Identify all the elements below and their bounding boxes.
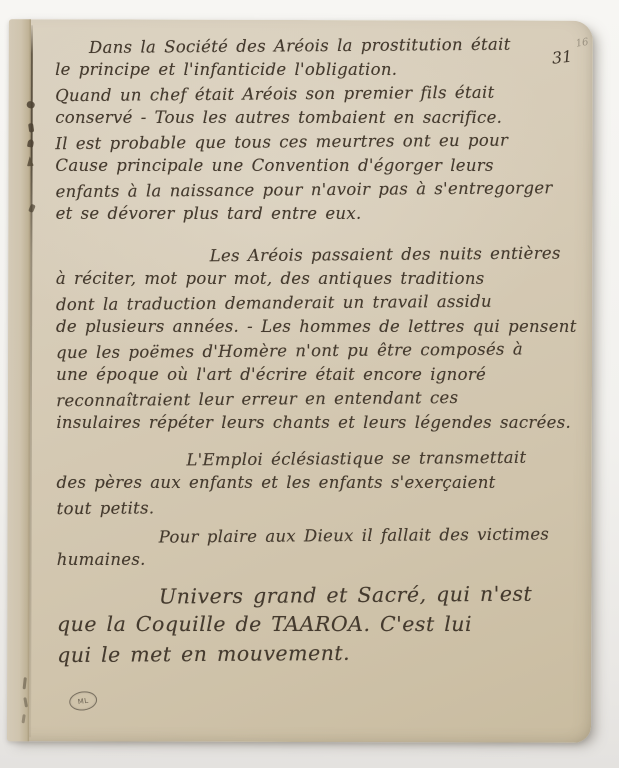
manuscript-line: Univers grand et Sacré, qui n'est	[159, 579, 587, 611]
manuscript-line: une époque où l'art d'écrire était encor…	[56, 363, 586, 387]
manuscript-line: enfants à la naissance pour n'avoir pas …	[55, 176, 585, 204]
stitch-mark	[28, 204, 36, 213]
manuscript-line: conservé - Tous les autres tombaient en …	[55, 106, 585, 130]
manuscript-paragraph: L'Emploi éclésiastique se transmettaitde…	[56, 446, 586, 520]
manuscript-line: reconnaîtraient leur erreur en entendant…	[56, 385, 586, 413]
photo-background: 16 31 Dans la Société des Aréois la pros…	[0, 0, 619, 768]
binding-gutter	[7, 19, 31, 741]
manuscript-line: Pour plaire aux Dieux il fallait des vic…	[159, 522, 587, 549]
manuscript-line: Les Aréois passaient des nuits entières	[210, 241, 586, 268]
manuscript-line: à réciter, mot pour mot, des antiques tr…	[56, 267, 586, 291]
manuscript-line: le principe et l'infanticide l'obligatio…	[55, 58, 585, 82]
manuscript-line: de plusieurs années. - Les hommes de let…	[56, 315, 586, 339]
manuscript-paragraph: Les Aréois passaient des nuits entièresà…	[56, 242, 587, 436]
manuscript-paragraph: Pour plaire aux Dieux il fallait des vic…	[57, 523, 587, 573]
manuscript-line: que les poëmes d'Homère n'ont pu être co…	[56, 337, 586, 365]
manuscript-paragraph: Univers grand et Sacré, qui n'estque la …	[57, 580, 587, 669]
manuscript-line: Quand un chef était Aréois son premier f…	[55, 80, 585, 108]
collection-stamp-text: ML	[77, 696, 89, 705]
manuscript-line: insulaires répéter leurs chants et leurs…	[56, 411, 586, 435]
manuscript-line: tout petits.	[57, 493, 587, 521]
manuscript-text: Dans la Société des Aréois la prostituti…	[55, 33, 587, 669]
manuscript-line: dont la traduction demanderait un travai…	[56, 289, 586, 317]
notebook-page: 16 31 Dans la Société des Aréois la pros…	[7, 19, 593, 743]
manuscript-line: humaines.	[57, 548, 587, 572]
manuscript-line: et se dévorer plus tard entre eux.	[56, 202, 586, 226]
manuscript-line: des pères aux enfants et les enfants s'e…	[57, 471, 587, 495]
manuscript-line: qui le met en mouvement.	[57, 637, 587, 670]
manuscript-line: Il est probable que tous ces meurtres on…	[55, 128, 585, 156]
stitch-mark	[28, 123, 34, 133]
collection-stamp: ML	[68, 690, 98, 713]
manuscript-line: que la Coquille de TAAROA. C'est lui	[57, 610, 587, 639]
manuscript-paragraph: Dans la Société des Aréois la prostituti…	[55, 33, 586, 227]
manuscript-line: L'Emploi éclésiastique se transmettait	[186, 445, 586, 472]
manuscript-line: Cause principale une Convention d'égorge…	[55, 154, 585, 178]
stitch-mark	[27, 139, 34, 148]
manuscript-line: Dans la Société des Aréois la prostituti…	[89, 32, 585, 60]
